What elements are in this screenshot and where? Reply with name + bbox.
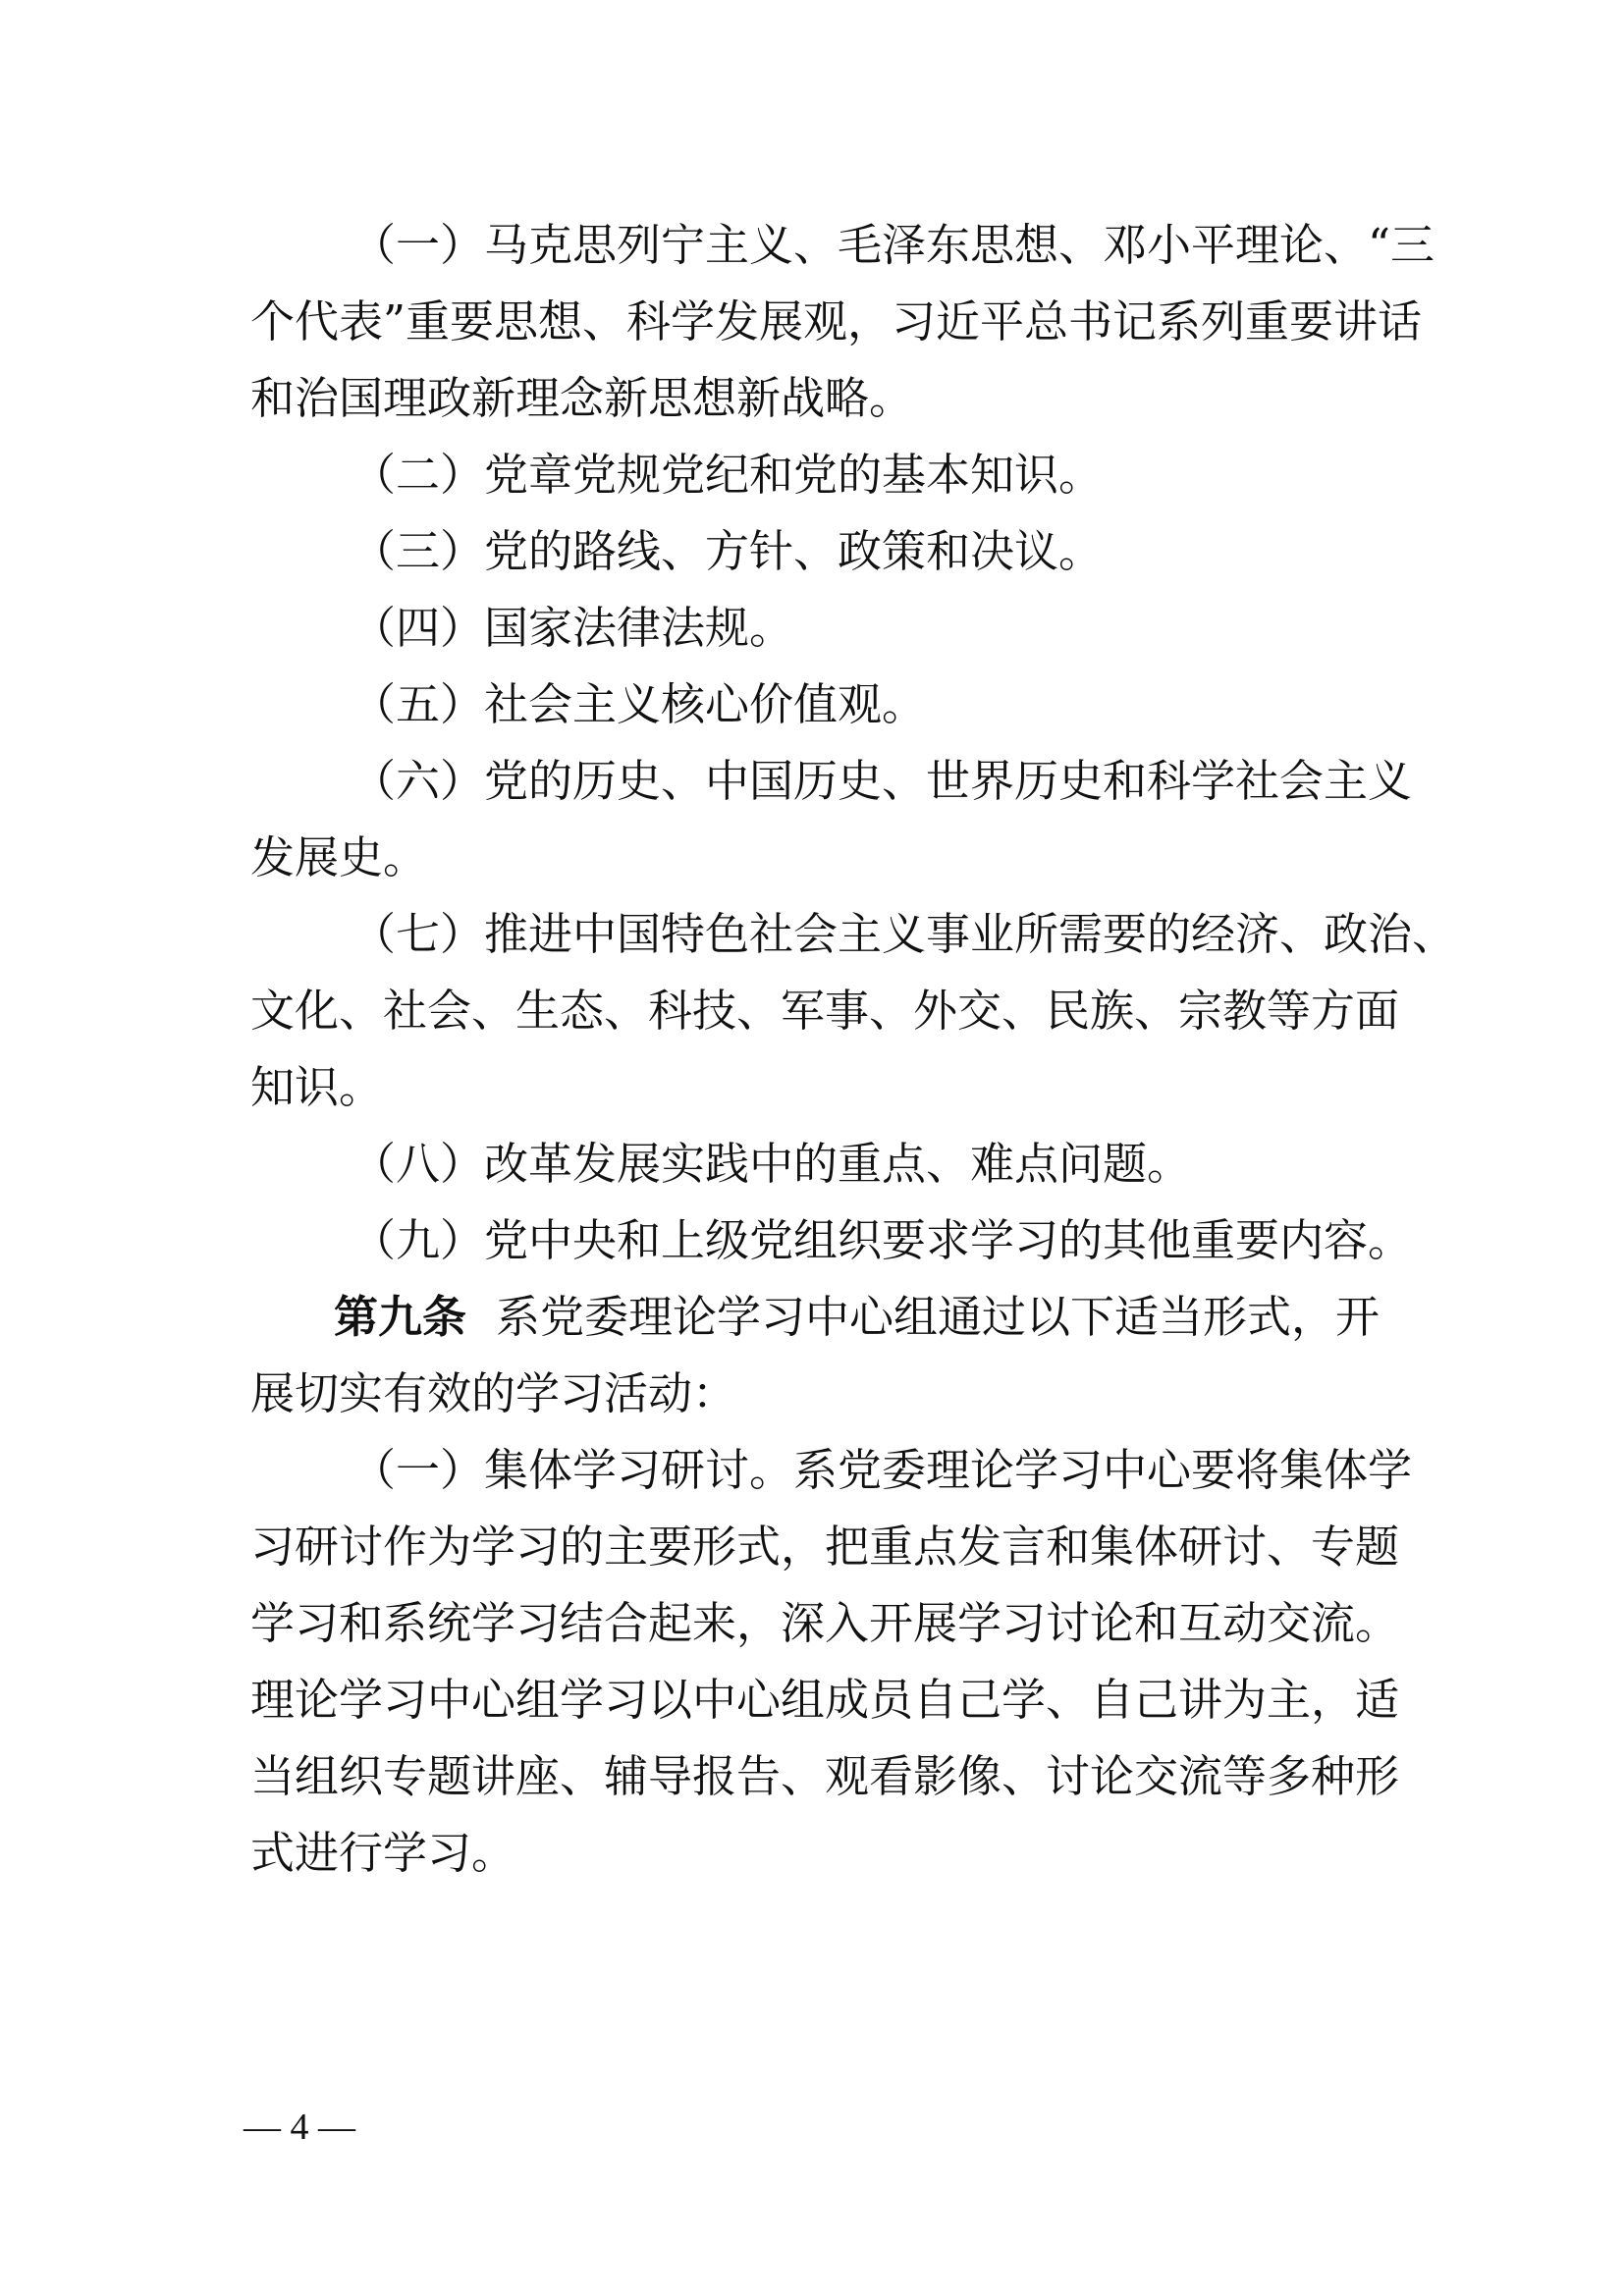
document-body: （一）马克思列宁主义、毛泽东思想、邓小平理论、“三 个代表”重要思想、科学发展观…	[250, 207, 1356, 1892]
paragraph-line: （三）党的路线、方针、政策和决议。	[250, 513, 1356, 590]
paragraph-line: （一）集体学习研讨。系党委理论学习中心要将集体学	[250, 1432, 1356, 1509]
paragraph-line: 式进行学习。	[250, 1815, 1356, 1892]
paragraph-line: 发展史。	[250, 820, 1356, 896]
article-9-second-line: 展切实有效的学习活动：	[250, 1356, 1356, 1432]
article-9-heading: 第九条	[334, 1291, 466, 1343]
paragraph-line: （九）党中央和上级党组织要求学习的其他重要内容。	[250, 1202, 1356, 1279]
article-9-text: 系党委理论学习中心组通过以下适当形式，开	[496, 1291, 1380, 1343]
paragraph-line: （一）马克思列宁主义、毛泽东思想、邓小平理论、“三	[250, 207, 1356, 284]
paragraph-line: 知识。	[250, 1049, 1356, 1126]
paragraph-line: （六）党的历史、中国历史、世界历史和科学社会主义	[250, 743, 1356, 820]
page-number: — 4 —	[244, 2103, 355, 2152]
paragraph-line: （七）推进中国特色社会主义事业所需要的经济、政治、	[250, 896, 1356, 973]
paragraph-line: 个代表”重要思想、科学发展观，习近平总书记系列重要讲话	[250, 284, 1356, 360]
article-9-first-line: 第九条系党委理论学习中心组通过以下适当形式，开	[250, 1279, 1356, 1356]
paragraph-line: （五）社会主义核心价值观。	[250, 667, 1356, 743]
paragraph-line: 当组织专题讲座、辅导报告、观看影像、讨论交流等多种形	[250, 1738, 1356, 1815]
paragraph-line: 文化、社会、生态、科技、军事、外交、民族、宗教等方面	[250, 973, 1356, 1049]
paragraph-line: 学习和系统学习结合起来，深入开展学习讨论和互动交流。	[250, 1585, 1356, 1662]
paragraph-line: （二）党章党规党纪和党的基本知识。	[250, 437, 1356, 513]
paragraph-line: （四）国家法律法规。	[250, 590, 1356, 667]
paragraph-line: （八）改革发展实践中的重点、难点问题。	[250, 1126, 1356, 1202]
document-page: （一）马克思列宁主义、毛泽东思想、邓小平理论、“三 个代表”重要思想、科学发展观…	[0, 0, 1624, 2296]
paragraph-line: 和治国理政新理念新思想新战略。	[250, 360, 1356, 437]
paragraph-line: 理论学习中心组学习以中心组成员自己学、自己讲为主，适	[250, 1662, 1356, 1738]
paragraph-line: 习研讨作为学习的主要形式，把重点发言和集体研讨、专题	[250, 1509, 1356, 1585]
